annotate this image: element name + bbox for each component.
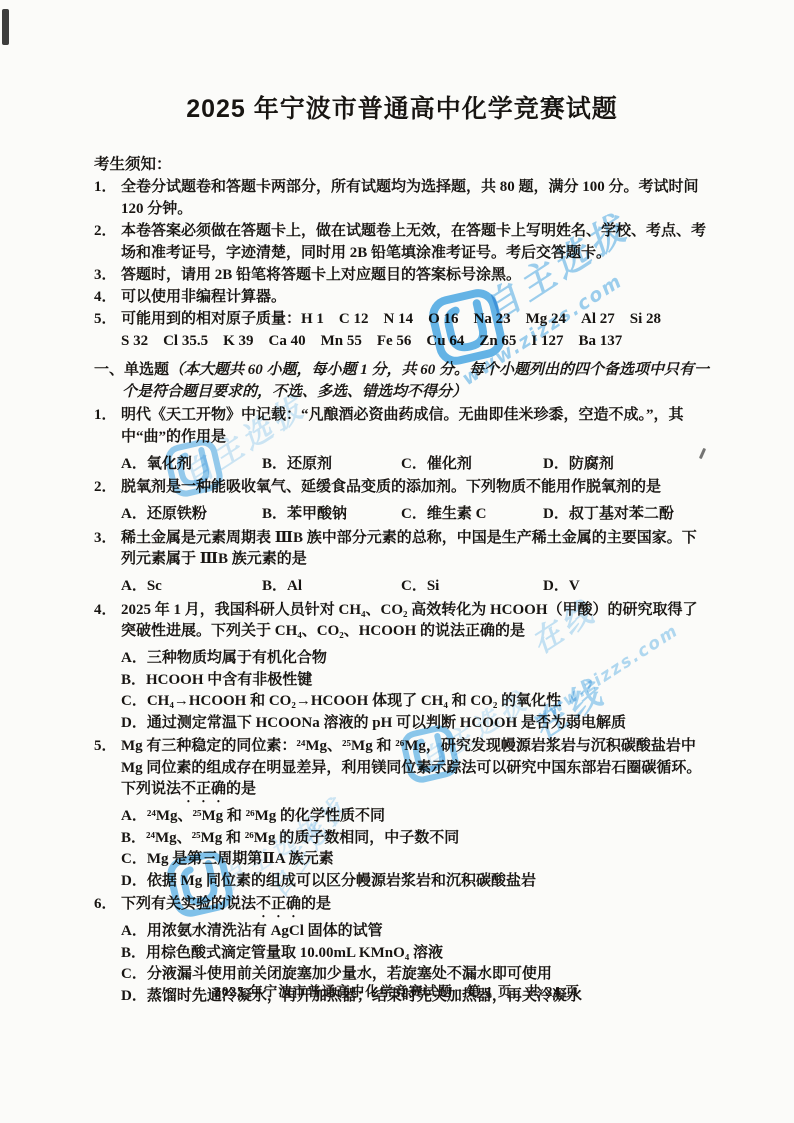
option-c: C．CH₄→HCOOH 和 CO₂→HCOOH 体现了 CH₄ 和 CO₂ 的氧… — [94, 691, 710, 713]
option-b: B．Al — [262, 576, 401, 598]
option-d: D．叔丁基对苯二酚 — [543, 504, 710, 526]
option-a: A．三种物质均属于有机化合物 — [94, 648, 710, 670]
option-a: A．用浓氨水清洗沾有 AgCl 固体的试管 — [94, 921, 710, 943]
notice-item-number: 1． — [94, 176, 121, 220]
notice-item-number: 4． — [94, 286, 121, 308]
exam-page: 2025 年宁波市普通高中化学竞赛试题 考生须知： 1． 全卷分试题卷和答题卡两… — [0, 0, 794, 1123]
notice-item: 4． 可以使用非编程计算器。 — [94, 286, 710, 308]
notice-item-text: 可能用到的相对原子质量：H 1 C 12 N 14 O 16 Na 23 Mg … — [121, 308, 661, 352]
option-c: C．催化剂 — [401, 454, 543, 476]
question-stem: 4． 2025 年 1 月，我国科研人员针对 CH₄、CO₂ 高效转化为 HCO… — [94, 600, 710, 649]
notice-item-text: 本卷答案必须做在答题卡上，做在试题卷上无效，在答题卡上写明姓名、学校、考点、考场… — [121, 220, 710, 264]
option-b: B．苯甲酸钠 — [262, 504, 401, 526]
option-a: A．Sc — [121, 576, 262, 598]
option-c: C．Mg 是第三周期第ⅡA 族元素 — [94, 849, 710, 871]
notice-section: 考生须知： 1． 全卷分试题卷和答题卡两部分，所有试题均为选择题，共 80 题，… — [94, 154, 710, 352]
option-c: C．维生素 C — [401, 504, 543, 526]
options-row: A．氧化剂 B．还原剂 C．催化剂 D．防腐剂 — [94, 454, 710, 476]
notice-item-number: 3． — [94, 264, 121, 286]
option-d: D．依据 Mg 同位素的组成可以区分幔源岩浆岩和沉积碳酸盐岩 — [94, 871, 710, 893]
option-a: A．还原铁粉 — [121, 504, 262, 526]
options-row: A．Sc B．Al C．Si D．V — [94, 576, 710, 598]
notice-item: 2． 本卷答案必须做在答题卡上，做在试题卷上无效，在答题卡上写明姓名、学校、考点… — [94, 220, 710, 264]
question-number: 4． — [94, 600, 121, 649]
notice-item: 3． 答题时，请用 2B 铅笔将答题卡上对应题目的答案标号涂黑。 — [94, 264, 710, 286]
question-2: 2． 脱氧剂是一种能吸收氧气、延缓食品变质的添加剂。下列物质不能用作脱氧剂的是 … — [94, 477, 710, 526]
question-3: 3． 稀土金属是元素周期表 ⅢB 族中部分元素的总称，中国是生产稀土金属的主要国… — [94, 528, 710, 598]
question-4: 4． 2025 年 1 月，我国科研人员针对 CH₄、CO₂ 高效转化为 HCO… — [94, 600, 710, 735]
question-stem: 1． 明代《天工开物》中记载：“凡酿酒必资曲药成信。无曲即佳米珍黍，空造不成。”… — [94, 405, 710, 454]
option-d: D．通过测定常温下 HCOONa 溶液的 pH 可以判断 HCOOH 是否为弱电… — [94, 713, 710, 735]
notice-heading: 考生须知： — [94, 154, 710, 176]
page-title: 2025 年宁波市普通高中化学竞赛试题 — [94, 94, 710, 124]
options-row: A．还原铁粉 B．苯甲酸钠 C．维生素 C D．叔丁基对苯二酚 — [94, 504, 710, 526]
question-5: 5． Mg 有三种稳定的同位素：²⁴Mg、²⁵Mg 和 ²⁶Mg，研究发现幔源岩… — [94, 736, 710, 892]
option-d: D．防腐剂 — [543, 454, 710, 476]
option-c: C．Si — [401, 576, 543, 598]
question-stem: 6． 下列有关实验的说法不正确的是 — [94, 894, 710, 921]
notice-item-number: 5． — [94, 308, 121, 352]
notice-item-number: 2． — [94, 220, 121, 264]
question-stem: 3． 稀土金属是元素周期表 ⅢB 族中部分元素的总称，中国是生产稀土金属的主要国… — [94, 528, 710, 577]
option-a: A．²⁴Mg、²⁵Mg 和 ²⁶Mg 的化学性质不同 — [94, 806, 710, 828]
notice-item-text: 答题时，请用 2B 铅笔将答题卡上对应题目的答案标号涂黑。 — [121, 264, 521, 286]
question-number: 1． — [94, 405, 121, 454]
notice-item: 1． 全卷分试题卷和答题卡两部分，所有试题均为选择题，共 80 题，满分 100… — [94, 176, 710, 220]
option-b: B．HCOOH 中含有非极性键 — [94, 670, 710, 692]
scan-artifact-corner — [2, 9, 9, 45]
options-list: A．²⁴Mg、²⁵Mg 和 ²⁶Mg 的化学性质不同 B．²⁴Mg、²⁵Mg 和… — [94, 806, 710, 892]
notice-item-text: 全卷分试题卷和答题卡两部分，所有试题均为选择题，共 80 题，满分 100 分。… — [121, 176, 710, 220]
question-1: 1． 明代《天工开物》中记载：“凡酿酒必资曲药成信。无曲即佳米珍黍，空造不成。”… — [94, 405, 710, 475]
section-description: （本大题共 60 小题，每小题 1 分，共 60 分。每个小题列出的四个备选项中… — [122, 362, 709, 400]
option-d: D．V — [543, 576, 710, 598]
question-number: 5． — [94, 736, 121, 806]
option-b: B．还原剂 — [262, 454, 401, 476]
question-stem: 5． Mg 有三种稳定的同位素：²⁴Mg、²⁵Mg 和 ²⁶Mg，研究发现幔源岩… — [94, 736, 710, 806]
question-number: 6． — [94, 894, 121, 921]
option-a: A．氧化剂 — [121, 454, 262, 476]
section-header: 一、单选题（本大题共 60 小题，每小题 1 分，共 60 分。每个小题列出的四… — [94, 359, 710, 403]
notice-item-text: 可以使用非编程计算器。 — [121, 286, 286, 308]
option-b: B．²⁴Mg、²⁵Mg 和 ²⁶Mg 的质子数相同，中子数不同 — [94, 828, 710, 850]
page-footer: 2025 年宁波市普通高中化学竞赛试题 第 1 页，共 24 页 — [0, 980, 794, 1000]
question-stem: 2． 脱氧剂是一种能吸收氧气、延缓食品变质的添加剂。下列物质不能用作脱氧剂的是 — [94, 477, 710, 504]
options-list: A．三种物质均属于有机化合物 B．HCOOH 中含有非极性键 C．CH₄→HCO… — [94, 648, 710, 734]
section-label: 一、单选题 — [94, 362, 169, 378]
question-number: 2． — [94, 477, 121, 504]
option-b: B．用棕色酸式滴定管量取 10.00mL KMnO₄ 溶液 — [94, 943, 710, 965]
question-number: 3． — [94, 528, 121, 577]
notice-item-atomic-masses: 5． 可能用到的相对原子质量：H 1 C 12 N 14 O 16 Na 23 … — [94, 308, 710, 352]
